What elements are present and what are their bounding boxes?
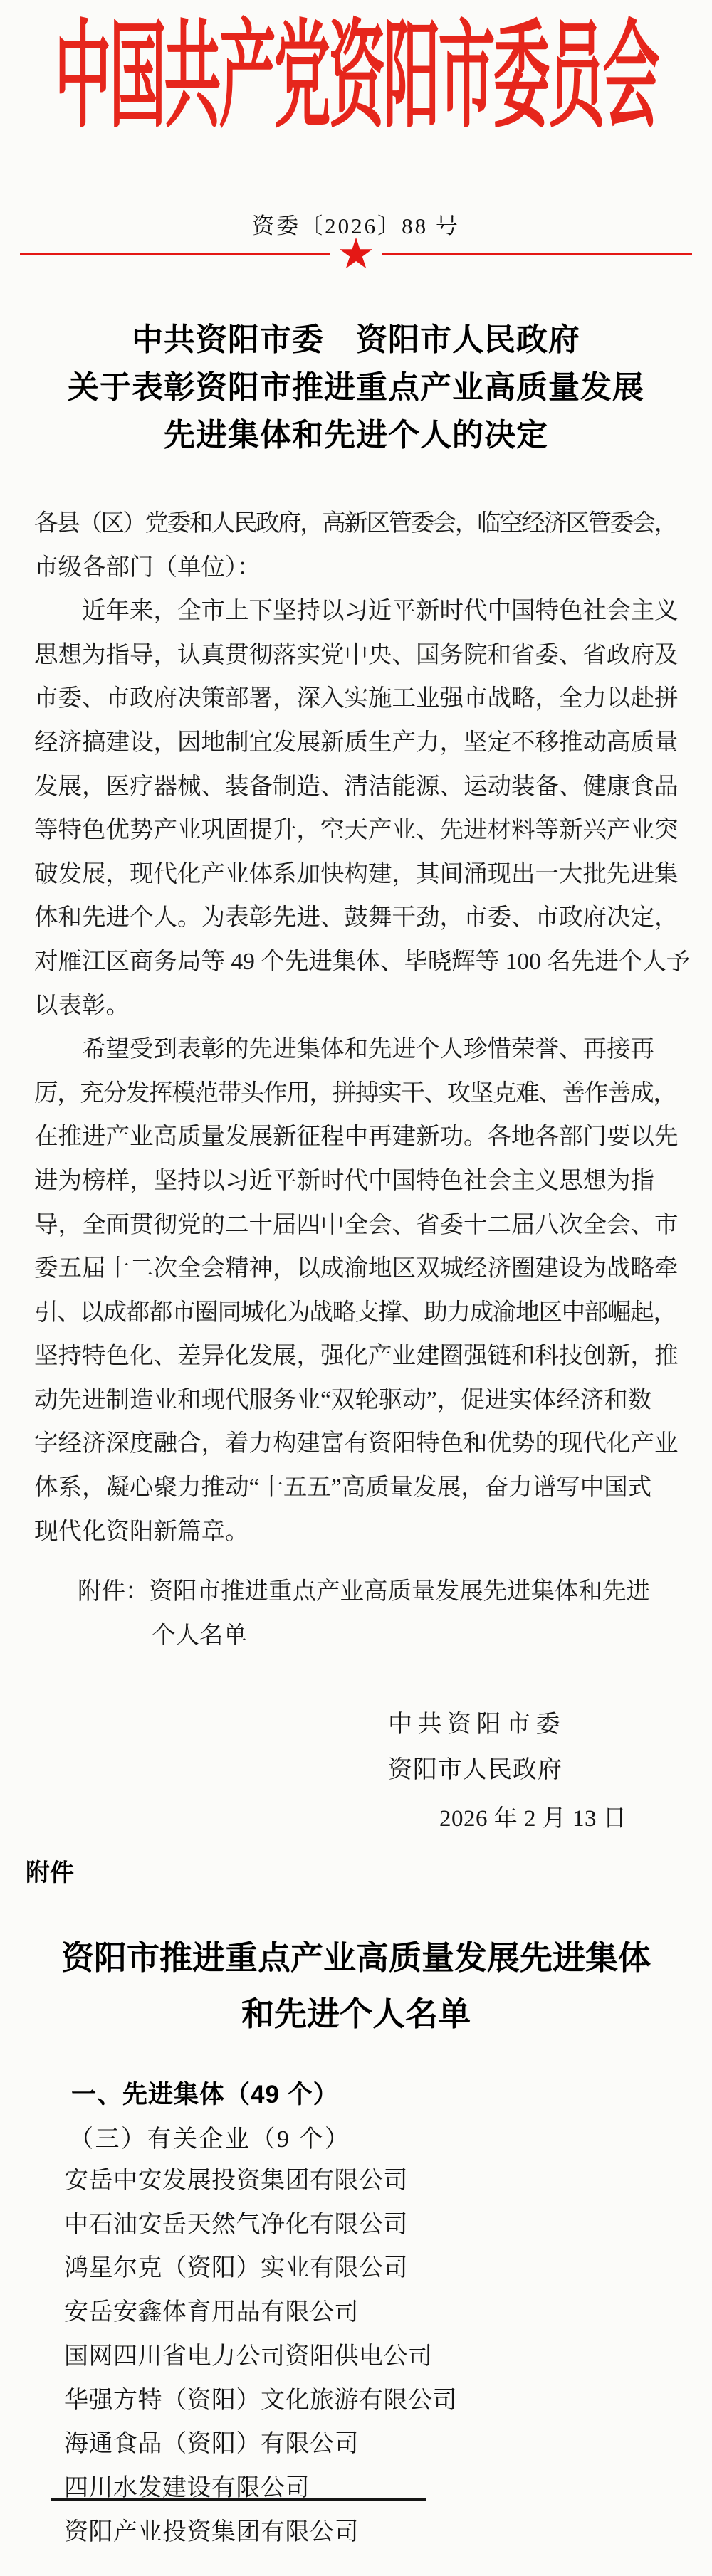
red-divider-rule: ★ xyxy=(20,235,692,273)
document-title: 中共资阳市委 资阳市人民政府 关于表彰资阳市推进重点产业高质量发展 先进集体和先… xyxy=(0,316,712,459)
attachment-note: 附件：资阳市推进重点产业高质量发展先进集体和先进个人名单 xyxy=(34,1570,681,1657)
text-line: 引、以成都都市圈同城化为战略支撑、助力成渝地区中部崛起， xyxy=(34,1291,681,1335)
company-item: 华强方特（资阳）文化旅游有限公司 xyxy=(64,2379,457,2423)
attachment-title-line-2: 和先进个人名单 xyxy=(0,1986,712,2042)
text-line: 经济搞建设，因地制宜发展新质生产力，坚定不移推动高质量 xyxy=(34,721,681,765)
text-line: 发展，医疗器械、装备制造、清洁能源、运动装备、健康食品 xyxy=(34,765,681,809)
text-line: 导，全面贯彻党的二十届四中全会、省委十二届八次全会、市 xyxy=(34,1203,681,1247)
text-line: 在推进产业高质量发展新征程中再建新功。各地各部门要以先 xyxy=(34,1115,681,1159)
attachment-title-line-1: 资阳市推进重点产业高质量发展先进集体 xyxy=(0,1930,712,1986)
company-item: 中石油安岳天然气净化有限公司 xyxy=(64,2203,457,2247)
text-line: 委五届十二次全会精神，以成渝地区双城经济圈建设为战略牵 xyxy=(34,1247,681,1291)
paragraph-achievements: 近年来，全市上下坚持以习近平新时代中国特色社会主义思想为指导，认真贯彻落实党中央… xyxy=(34,589,681,1028)
text-line: 各县（区）党委和人民政府，高新区管委会，临空经济区管委会， xyxy=(34,502,681,546)
company-item: 海通食品（资阳）有限公司 xyxy=(64,2422,457,2466)
text-line: 个人名单 xyxy=(152,1614,681,1658)
document-body: 各县（区）党委和人民政府，高新区管委会，临空经济区管委会，市级各部门（单位）： … xyxy=(34,502,681,1657)
signature-org-government: 资阳市人民政府 xyxy=(388,1756,562,1785)
text-line: 市委、市政府决策部署，深入实施工业强市战略，全力以赴拼 xyxy=(34,677,681,721)
text-line: 动先进制造业和现代服务业“双轮驱动”，促进实体经济和数 xyxy=(34,1378,681,1422)
company-list: 安岳中安发展投资集团有限公司中石油安岳天然气净化有限公司鸿星尔克（资阳）实业有限… xyxy=(64,2159,457,2554)
text-line: 对雁江区商务局等 49 个先进集体、毕晓辉等 100 名先进个人予 xyxy=(34,940,681,984)
text-line: 市级各部门（单位）： xyxy=(34,546,681,590)
company-item: 安岳安鑫体育用品有限公司 xyxy=(64,2291,457,2335)
text-line: 体和先进个人。为表彰先进、鼓舞干劲，市委、市政府决定， xyxy=(34,896,681,940)
company-item: 鸿星尔克（资阳）实业有限公司 xyxy=(64,2247,457,2291)
text-line: 坚持特色化、差异化发展，强化产业建圈强链和科技创新，推 xyxy=(34,1334,681,1378)
text-line: 进为榜样，坚持以习近平新时代中国特色社会主义思想为指 xyxy=(34,1159,681,1203)
page-divider-line xyxy=(51,2498,426,2501)
red-line-left xyxy=(20,253,330,255)
document-title-line-1: 中共资阳市委 资阳市人民政府 xyxy=(0,316,712,364)
text-line: 厉，充分发挥模范带头作用，拼搏实干、攻坚克难、善作善成， xyxy=(34,1072,681,1116)
signature-org-party-committee: 中共资阳市委 xyxy=(388,1711,565,1740)
text-line: 近年来，全市上下坚持以习近平新时代中国特色社会主义 xyxy=(34,589,681,633)
company-item: 四川水发建设有限公司 xyxy=(64,2466,457,2511)
attachment-label: 附件 xyxy=(26,1853,74,1888)
section-heading-advanced-collectives: 一、先进集体（49 个） xyxy=(71,2075,339,2111)
document-title-line-3: 先进集体和先进个人的决定 xyxy=(0,411,712,459)
text-line: 等特色优势产业巩固提升，空天产业、先进材料等新兴产业突 xyxy=(34,808,681,852)
text-line: 思想为指导，认真贯彻落实党中央、国务院和省委、省政府及 xyxy=(34,633,681,677)
subsection-heading-enterprises: （三）有关企业（9 个） xyxy=(69,2119,351,2154)
text-line: 希望受到表彰的先进集体和先进个人珍惜荣誉、再接再 xyxy=(34,1028,681,1072)
text-line: 破发展，现代化产业体系加快构建，其间涌现出一大批先进集 xyxy=(34,852,681,897)
company-item: 国网四川省电力公司资阳供电公司 xyxy=(64,2335,457,2379)
company-item: 安岳中安发展投资集团有限公司 xyxy=(64,2159,457,2203)
document-title-line-2: 关于表彰资阳市推进重点产业高质量发展 xyxy=(0,364,712,411)
document-page: 中国共产党资阳市委员会 资委〔2026〕88 号 ★ 中共资阳市委 资阳市人民政… xyxy=(0,0,712,2576)
text-line: 体系，凝心聚力推动“十五五”高质量发展，奋力谱写中国式 xyxy=(34,1466,681,1510)
signature-date: 2026 年 2 月 13 日 xyxy=(439,1805,627,1834)
text-line: 以表彰。 xyxy=(34,984,681,1028)
company-item: 资阳产业投资集团有限公司 xyxy=(64,2511,457,2555)
issuing-org-masthead: 中国共产党资阳市委员会 xyxy=(0,20,712,137)
text-line: 现代化资阳新篇章。 xyxy=(34,1510,681,1554)
salutation: 各县（区）党委和人民政府，高新区管委会，临空经济区管委会，市级各部门（单位）： xyxy=(34,502,681,589)
text-line: 字经济深度融合，着力构建富有资阳特色和优势的现代化产业 xyxy=(34,1422,681,1466)
text-line: 附件：资阳市推进重点产业高质量发展先进集体和先进 xyxy=(152,1570,681,1614)
red-star-icon: ★ xyxy=(337,235,375,273)
paragraph-exhortation: 希望受到表彰的先进集体和先进个人珍惜荣誉、再接再厉，充分发挥模范带头作用，拼搏实… xyxy=(34,1028,681,1553)
attachment-title: 资阳市推进重点产业高质量发展先进集体 和先进个人名单 xyxy=(0,1930,712,2042)
red-line-right xyxy=(382,253,692,255)
